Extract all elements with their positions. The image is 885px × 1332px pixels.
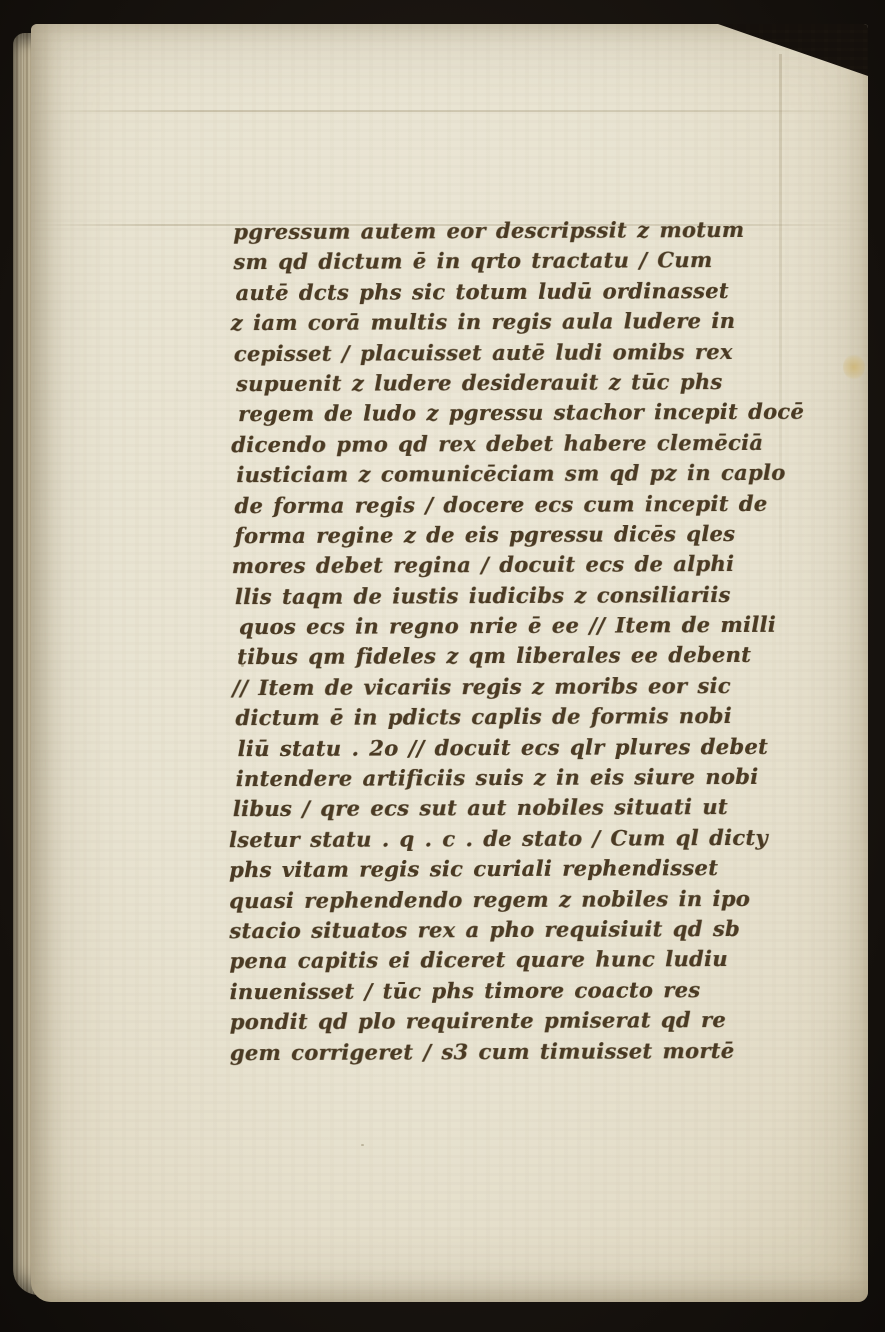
text-line-26: inuenisset / tūc phs timore coacto res: [229, 975, 788, 1008]
text-line-13: llis taqm de iustis iudicibs z consiliar…: [235, 579, 787, 612]
text-line-27: pondit qd plo requirente pmiserat qd re: [230, 1005, 789, 1038]
text-line-1: pgressum autem eor descripssit z motum: [233, 215, 785, 248]
manuscript-page: pgressum autem eor descripssit z motum s…: [31, 24, 868, 1302]
text-line-6: supuenit z ludere desiderauit z tūc phs: [236, 367, 786, 400]
text-line-21: lsetur statu . q . c . de stato / Cum ql…: [229, 823, 788, 856]
text-line-4: z iam corā multis in regis aula ludere i…: [231, 306, 786, 339]
text-line-17: dictum ē in pdicts caplis de formis nobi: [235, 701, 787, 734]
text-line-14: quos ecs in regno nrie ē ee // Item de m…: [239, 610, 787, 643]
text-line-11: forma regine z de eis pgressu dicēs qles: [234, 519, 786, 552]
text-line-22: phs vitam regis sic curiali rephendisset: [229, 853, 788, 886]
parchment-crease-horizontal-upper: [31, 110, 868, 112]
text-block: pgressum autem eor descripssit z motum s…: [233, 215, 789, 1068]
text-line-18: liū statu . 2o // docuit ecs qlr plures …: [237, 731, 787, 764]
text-line-5: cepisset / placuisset autē ludi omibs re…: [234, 336, 786, 369]
text-line-20: libus / qre ecs sut aut nobiles situati …: [233, 792, 788, 825]
text-line-25: pena capitis ei diceret quare hunc ludiu: [229, 944, 788, 977]
text-line-15: tibus qm fideles z qm liberales ee deben…: [237, 640, 787, 673]
page-corner-shadow: [718, 24, 868, 76]
text-line-19: intendere artificiis suis z in eis siure…: [236, 762, 788, 795]
text-line-24: stacio situatos rex a pho requisiuit qd …: [229, 914, 788, 947]
photograph-background: pgressum autem eor descripssit z motum s…: [0, 0, 885, 1332]
text-line-9: iusticiam z comunicēciam sm qd pz in cap…: [236, 458, 786, 491]
parchment-stain: [843, 354, 865, 380]
text-line-8: dicendo pmo qd rex debet habere clemēciā: [231, 428, 786, 461]
text-line-3: autē dcts phs sic totum ludū ordinasset: [235, 276, 785, 309]
text-line-7: regem de ludo z pgressu stachor incepit …: [238, 397, 786, 430]
text-line-2: sm qd dictum ē in qrto tractatu / Cum: [233, 245, 785, 278]
foxing-speck: [361, 1144, 364, 1146]
text-line-23: quasi rephendendo regem z nobiles in ipo: [229, 883, 788, 916]
text-line-28: gem corrigeret / s3 cum timuisset mortē: [230, 1035, 789, 1068]
text-line-10: de forma regis / docere ecs cum incepit …: [234, 488, 786, 521]
text-line-16: // Item de vicariis regis z moribs eor s…: [232, 671, 787, 704]
text-line-12: mores debet regina / docuit ecs de alphi: [232, 549, 787, 582]
